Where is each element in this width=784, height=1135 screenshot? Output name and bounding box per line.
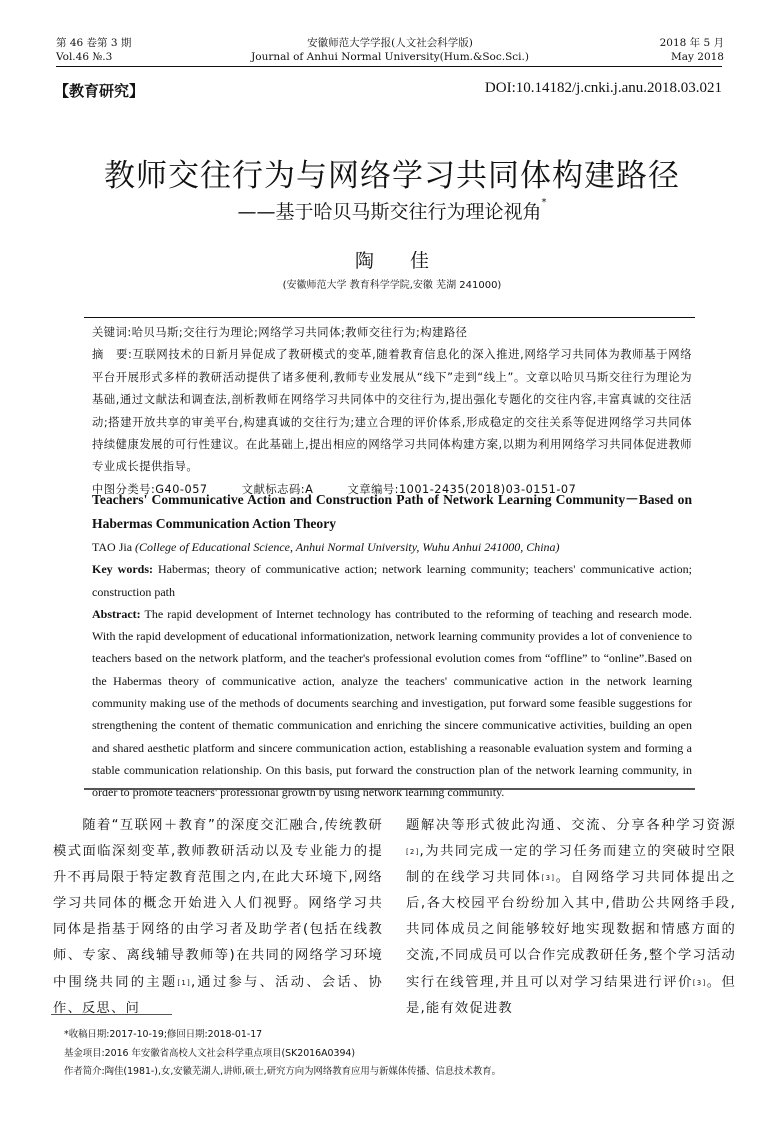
citation-ref[interactable]: [2] bbox=[406, 848, 420, 856]
author-name: 陶 佳 bbox=[0, 246, 784, 273]
header-rule bbox=[56, 66, 722, 67]
english-abstract-label: Abstract: bbox=[92, 607, 141, 621]
running-header: 第 46 卷第 3 期 Vol.46 №.3 安徽师范大学学报(人文社会科学版)… bbox=[56, 36, 724, 70]
english-keywords: Key words: Habermas; theory of communica… bbox=[92, 558, 692, 603]
english-keywords-text: Habermas; theory of communicative action… bbox=[92, 562, 692, 598]
date-cn: 2018 年 5 月 bbox=[660, 36, 724, 50]
section-tag: 【教育研究】 bbox=[54, 80, 144, 101]
subtitle-text: ——基于哈贝马斯交往行为理论视角 bbox=[237, 201, 541, 223]
english-abstract: Teachers' Communicative Action and Const… bbox=[92, 488, 692, 804]
footnote-rule bbox=[51, 1014, 172, 1015]
author-affiliation: (安徽师范大学 教育科学学院,安徽 芜湖 241000) bbox=[0, 276, 784, 291]
chinese-abstract: 关键词:哈贝马斯;交往行为理论;网络学习共同体;教师交往行为;构建路径 摘 要:… bbox=[92, 322, 692, 501]
issue-date: 2018 年 5 月 May 2018 bbox=[660, 36, 724, 64]
english-abstract-text: The rapid development of Internet techno… bbox=[92, 607, 692, 799]
footnote-fund: 基金项目:2016 年安徽省高校人文社会科学重点项目(SK2016A0394) bbox=[64, 1045, 684, 1064]
abstract-rule-bottom bbox=[84, 788, 695, 790]
body-column-left: 随着“互联网＋教育”的深度交汇融合,传统教研模式面临深刻变革,教师教研活动以及专… bbox=[53, 813, 383, 1022]
english-affiliation: (College of Educational Science, Anhui N… bbox=[135, 540, 560, 554]
footnote-mark: * bbox=[542, 197, 547, 208]
body-column-right: 题解决等形式彼此沟通、交流、分享各种学习资源[2],为共同完成一定的学习任务而建… bbox=[406, 813, 736, 1022]
abstract-cn: 摘 要:互联网技术的日新月异促成了教研模式的变革,随着教育信息化的深入推进,网络… bbox=[92, 344, 692, 478]
english-keywords-label: Key words: bbox=[92, 562, 153, 576]
abstract-cn-text: 互联网技术的日新月异促成了教研模式的变革,随着教育信息化的深入推进,网络学习共同… bbox=[92, 348, 692, 473]
keywords-cn-label: 关键词: bbox=[92, 326, 132, 339]
journal-cn: 安徽师范大学学报(人文社会科学版) bbox=[56, 36, 724, 50]
body-text: 题解决等形式彼此沟通、交流、分享各种学习资源 bbox=[406, 818, 736, 833]
keywords-cn: 关键词:哈贝马斯;交往行为理论;网络学习共同体;教师交往行为;构建路径 bbox=[92, 322, 692, 344]
english-author: TAO Jia bbox=[92, 540, 132, 554]
paper-title: 教师交往行为与网络学习共同体构建路径 bbox=[0, 150, 784, 195]
journal-en: Journal of Anhui Normal University(Hum.&… bbox=[56, 50, 724, 64]
english-author-line: TAO Jia (College of Educational Science,… bbox=[92, 536, 692, 558]
footnote-received: *收稿日期:2017-10-19;修回日期:2018-01-17 bbox=[64, 1026, 684, 1045]
english-abstract-para: Abstract: The rapid development of Inter… bbox=[92, 603, 692, 804]
date-en: May 2018 bbox=[660, 50, 724, 64]
english-title: Teachers' Communicative Action and Const… bbox=[92, 488, 692, 536]
abstract-cn-label: 摘 要: bbox=[92, 348, 132, 361]
keywords-cn-text: 哈贝马斯;交往行为理论;网络学习共同体;教师交往行为;构建路径 bbox=[132, 326, 468, 339]
doi: DOI:10.14182/j.cnki.j.anu.2018.03.021 bbox=[485, 80, 722, 97]
body-text: 。自网络学习共同体提出之后,各大校园平台纷纷加入其中,借助公共网络手段,共同体成… bbox=[406, 870, 736, 989]
abstract-rule-top bbox=[84, 317, 695, 318]
citation-ref[interactable]: [3] bbox=[542, 874, 556, 882]
citation-ref[interactable]: [1] bbox=[177, 979, 191, 987]
body-text: 随着“互联网＋教育”的深度交汇融合,传统教研模式面临深刻变革,教师教研活动以及专… bbox=[53, 818, 383, 990]
paper-subtitle: ——基于哈贝马斯交往行为理论视角* bbox=[0, 197, 784, 224]
footnotes: *收稿日期:2017-10-19;修回日期:2018-01-17 基金项目:20… bbox=[64, 1026, 684, 1082]
citation-ref[interactable]: [3] bbox=[693, 979, 707, 987]
journal-name: 安徽师范大学学报(人文社会科学版) Journal of Anhui Norma… bbox=[56, 36, 724, 64]
footnote-author-bio: 作者简介:陶佳(1981-),女,安徽芜湖人,讲师,硕士,研究方向为网络教育应用… bbox=[64, 1063, 684, 1082]
